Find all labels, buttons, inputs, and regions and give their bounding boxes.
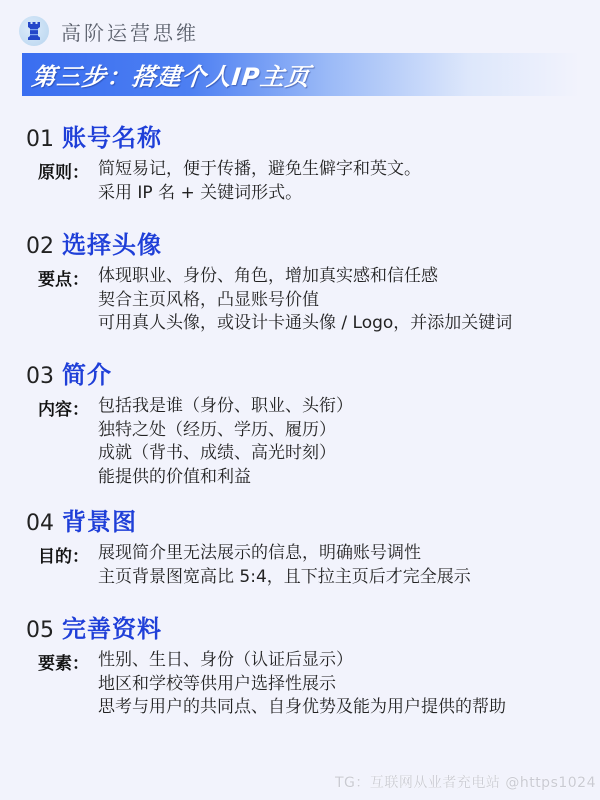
section-line: 成就（背书、成绩、高光时刻） [98,442,353,466]
section-line: 可用真人头像，或设计卡通头像 / Logo，并添加关键词 [98,312,512,336]
watermark: TG：互联网从业者充电站 @https1024 [335,772,596,792]
section-line: 性别、生日、身份（认证后显示） [98,649,506,673]
section-line: 体现职业、身份、角色，增加真实感和信任感 [98,265,512,289]
section-line: 独特之处（经历、学历、履历） [98,419,353,443]
section-line: 契合主页风格，凸显账号价值 [98,289,512,313]
section-bio: 03 简介 内容： 包括我是谁（身份、职业、头衔） 独特之处（经历、学历、履历）… [26,355,590,489]
section-title: 背景图 [62,502,137,537]
section-number: 03 [26,364,54,389]
section-label: 原则： [38,158,98,205]
step-banner: 第三步：搭建个人IP主页 [22,53,580,96]
section-label: 要点： [38,265,98,336]
section-avatar: 02 选择头像 要点： 体现职业、身份、角色，增加真实感和信任感 契合主页风格，… [26,225,590,336]
section-complete-profile: 05 完善资料 要素： 性别、生日、身份（认证后显示） 地区和学校等供用户选择性… [26,609,590,720]
section-label: 内容： [38,395,98,489]
section-title: 账号名称 [62,118,162,153]
section-label: 目的： [38,542,98,589]
section-label: 要素： [38,649,98,720]
section-title: 简介 [62,355,112,390]
section-line: 包括我是谁（身份、职业、头衔） [98,395,353,419]
brand-header: 高阶运营思维 [19,16,199,46]
section-line: 地区和学校等供用户选择性展示 [98,673,506,697]
section-line: 能提供的价值和利益 [98,466,353,490]
section-number: 01 [26,127,54,152]
section-line: 展现简介里无法展示的信息，明确账号调性 [98,542,471,566]
section-line: 主页背景图宽高比 5:4，且下拉主页后才完全展示 [98,566,471,590]
chess-rook-icon [19,16,49,46]
section-number: 04 [26,511,54,536]
section-number: 02 [26,234,54,259]
page: 高阶运营思维 第三步：搭建个人IP主页 01 账号名称 原则： 简短易记，便于传… [0,0,600,800]
section-line: 简短易记，便于传播，避免生僻字和英文。 [98,158,421,182]
section-background-image: 04 背景图 目的： 展现简介里无法展示的信息，明确账号调性 主页背景图宽高比 … [26,502,590,589]
section-line: 采用 IP 名 + 关键词形式。 [98,182,421,206]
section-number: 05 [26,618,54,643]
brand-name: 高阶运营思维 [61,17,199,46]
section-line: 思考与用户的共同点、自身优势及能为用户提供的帮助 [98,696,506,720]
section-account-name: 01 账号名称 原则： 简短易记，便于传播，避免生僻字和英文。 采用 IP 名 … [26,118,590,205]
section-title: 完善资料 [62,609,162,644]
section-title: 选择头像 [62,225,162,260]
page-title: 第三步：搭建个人IP主页 [30,57,312,92]
